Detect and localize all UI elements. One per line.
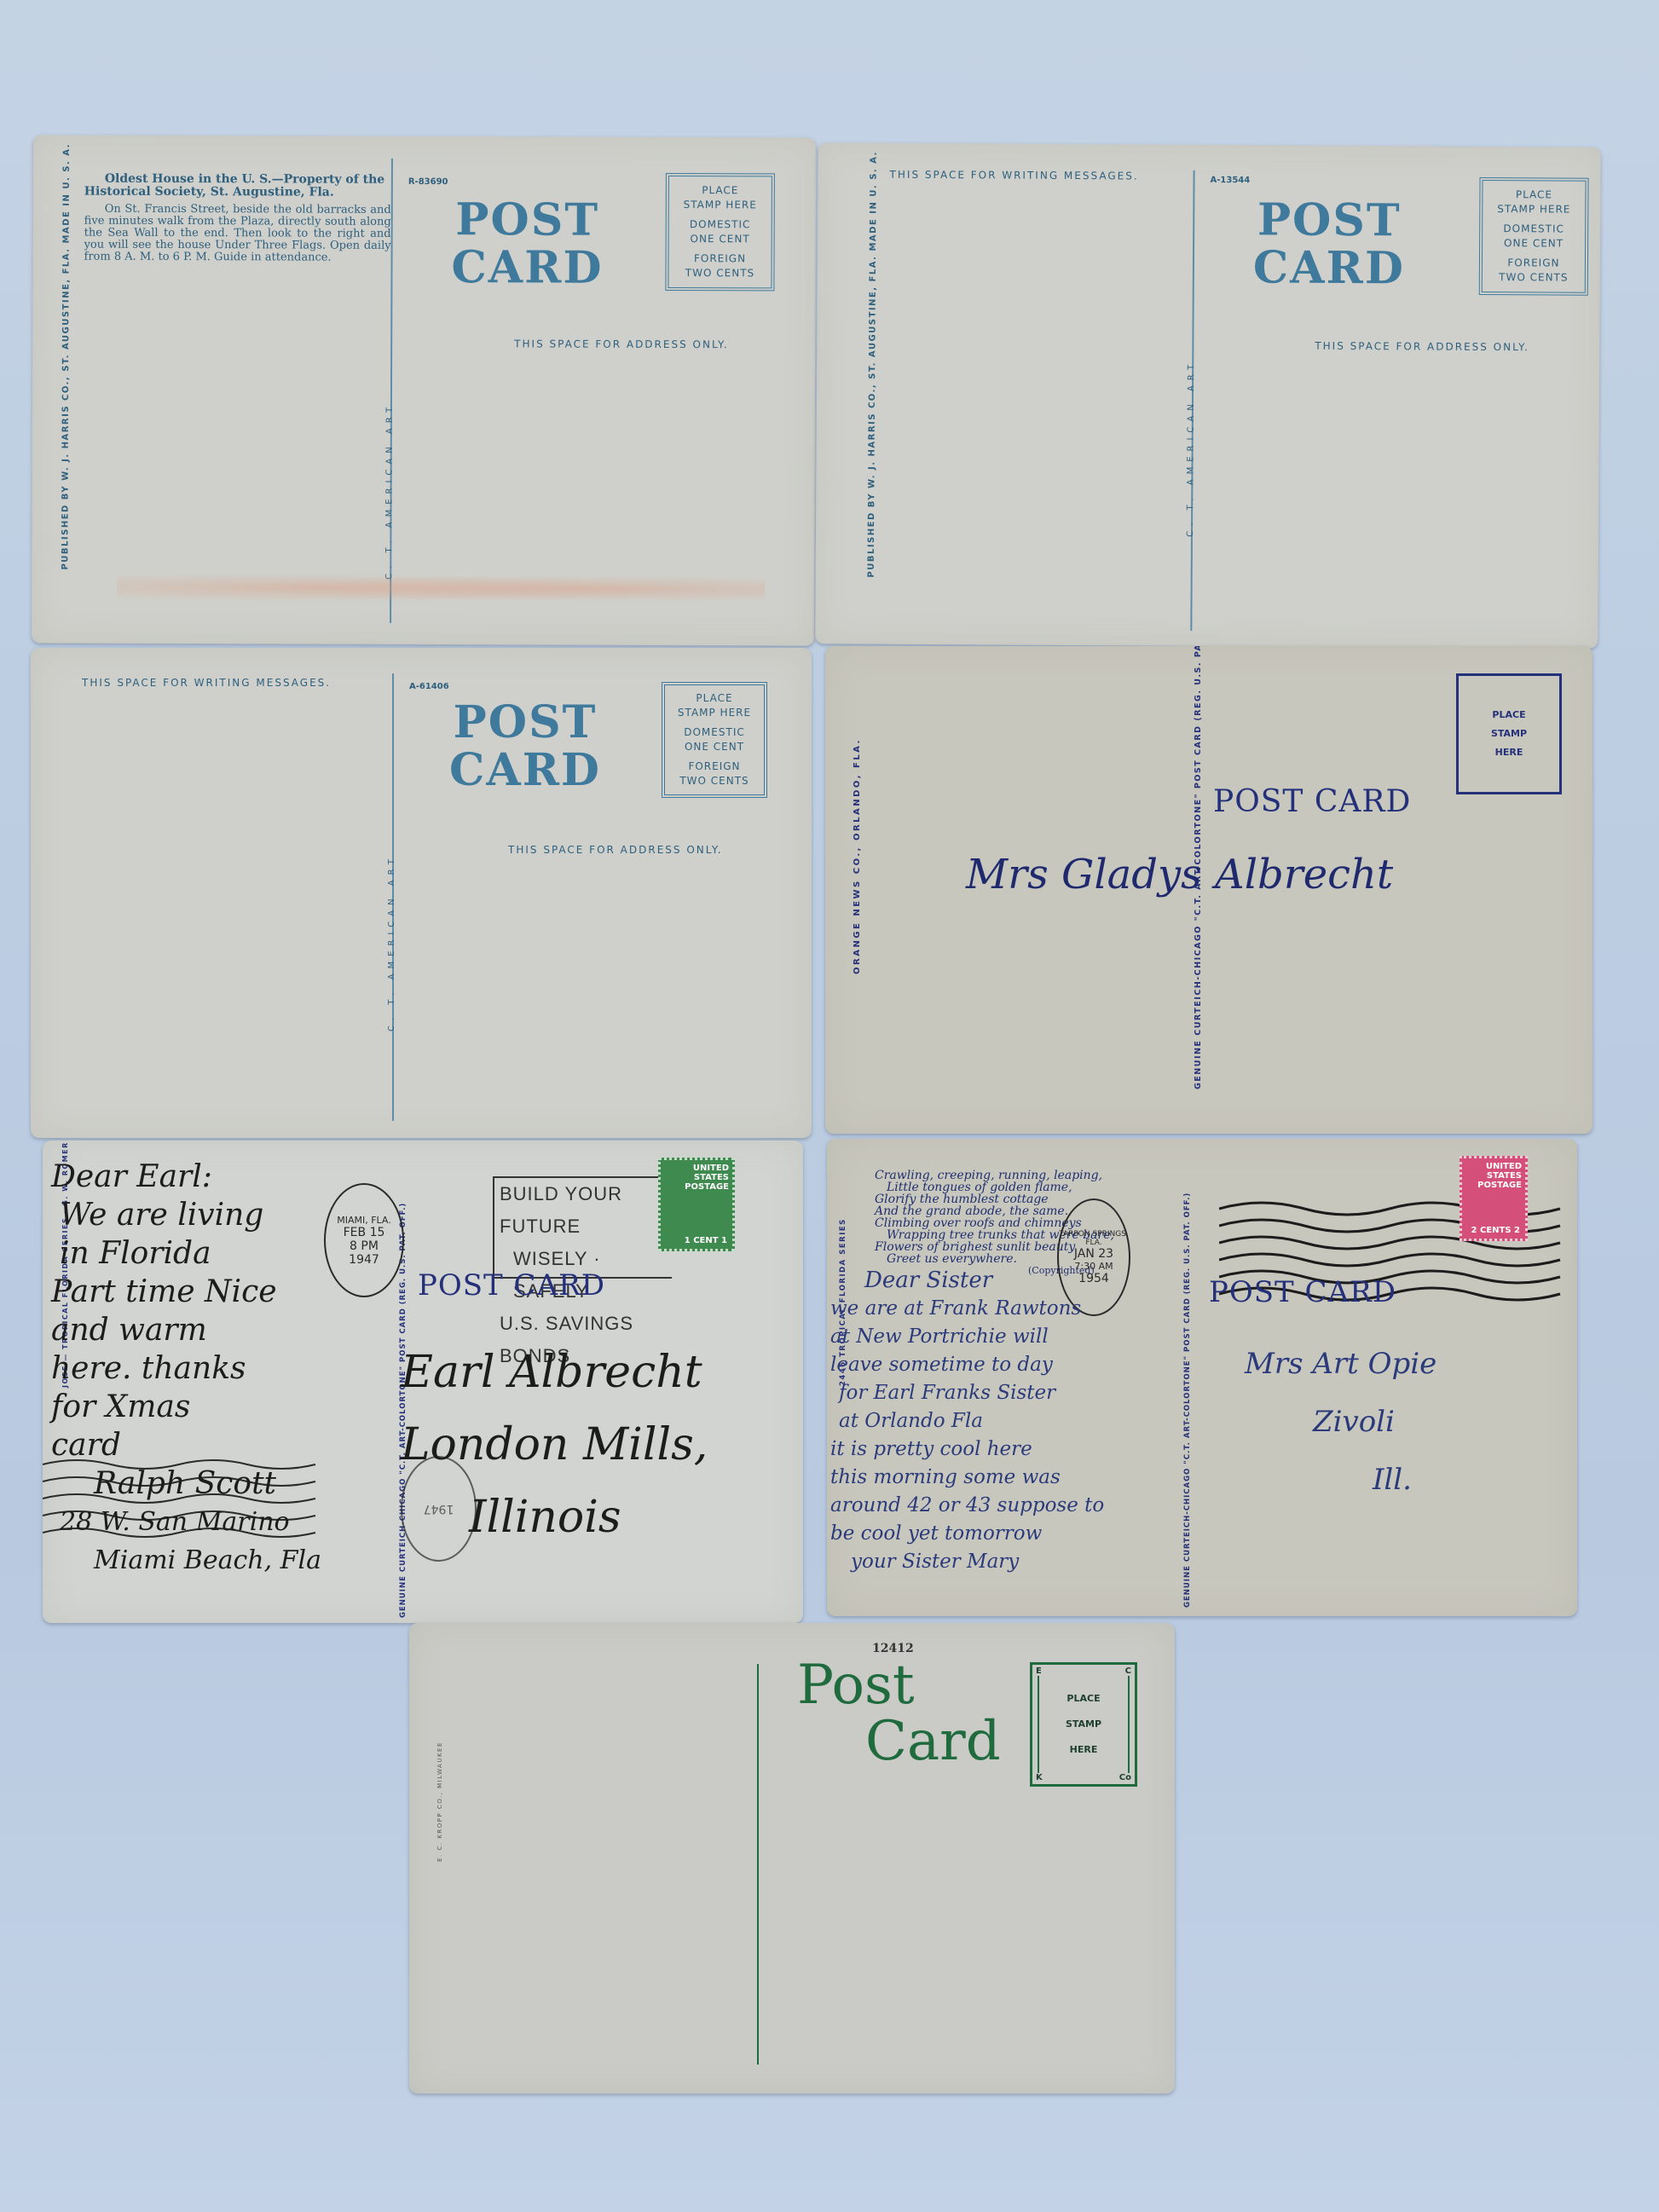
card-2-publisher: PUBLISHED BY W. J. HARRIS CO., ST. AUGUS… (867, 151, 879, 578)
card-3-address-note: THIS SPACE FOR ADDRESS ONLY. (508, 844, 723, 856)
card-4-postcard-logo: POST CARD (1213, 784, 1411, 819)
card-2-stamp-box: PLACE STAMP HERE DOMESTIC ONE CENT FOREI… (1479, 177, 1589, 296)
card-2-divider-text: C. T. AMERICAN ART (1186, 360, 1196, 537)
card-2-message-note: THIS SPACE FOR WRITING MESSAGES. (890, 169, 1139, 182)
postcard-6: Crawling, creeping, running, leaping, Li… (827, 1139, 1577, 1616)
card-5-address: Earl Albrecht London Mills, Illinois (401, 1337, 708, 1554)
card-2-address-note: THIS SPACE FOR ADDRESS ONLY. (1315, 340, 1529, 354)
postcard-3: THIS SPACE FOR WRITING MESSAGES. C. T. A… (31, 648, 812, 1138)
card-1-divider-text: C. T. AMERICAN ART (384, 402, 395, 580)
card-4-stamp-box: PLACE STAMP HERE (1456, 673, 1562, 794)
card-1-stamp-box: PLACE STAMP HERE DOMESTIC ONE CENT FOREI… (665, 173, 774, 291)
card-6-stamp: UNITED STATES POSTAGE 2 CENTS 2 (1460, 1156, 1528, 1241)
card-3-message-note: THIS SPACE FOR WRITING MESSAGES. (82, 677, 331, 689)
card-5-stamp: UNITED STATES POSTAGE 1 CENT 1 (658, 1158, 735, 1251)
card-5-postcard-logo: POST CARD (418, 1268, 605, 1302)
card-1-publisher: PUBLISHED BY W. J. HARRIS CO., ST. AUGUS… (61, 143, 72, 570)
card-7-stamp-box: E C K Co PLACE STAMP HERE (1030, 1662, 1137, 1787)
card-6-postcard-logo: POST CARD (1209, 1275, 1396, 1309)
card-6-message: Dear Sister we are at Frank Rawtons at N… (830, 1267, 1104, 1576)
card-7-divider (757, 1664, 759, 2065)
card-3-postcard-logo: POST CARD (406, 699, 645, 794)
card-4-publisher: ORANGE NEWS CO., ORLANDO, FLA. (853, 738, 862, 974)
postcard-7: 12412 Post Card E C K Co PLACE STAMP HER… (409, 1623, 1175, 2094)
card-1-stain (117, 570, 765, 607)
card-6-address: Mrs Art Opie Zivoli Ill. (1245, 1335, 1436, 1509)
card-3-stamp-box: PLACE STAMP HERE DOMESTIC ONE CENT FOREI… (662, 682, 767, 798)
card-6-divider-text: GENUINE CURTEICH-CHICAGO "C.T. ART-COLOR… (1183, 1193, 1192, 1608)
card-5-slogan-cancel: BUILD YOUR FUTURE WISELY · SAFELY U.S. S… (493, 1176, 672, 1279)
card-5-message: Dear Earl: We are living in Florida Part… (51, 1158, 321, 1580)
card-3-divider-text: C. T. AMERICAN ART (387, 854, 396, 1031)
card-2-postcard-logo: POST CARD (1210, 196, 1449, 293)
card-1-caption-body: On St. Francis Street, beside the old ba… (84, 204, 391, 264)
card-1-address-note: THIS SPACE FOR ADDRESS ONLY. (514, 338, 729, 350)
card-1-code: R-83690 (408, 177, 448, 187)
card-1-postcard-logo: POST CARD (408, 196, 646, 292)
card-2-code: A-13544 (1211, 176, 1251, 185)
postcard-1: Oldest House in the U. S.—Property of th… (32, 135, 816, 645)
postcard-5: JOSE — TROPICAL FLORIDA SERIES · G. W. R… (43, 1141, 803, 1623)
card-3-code: A-61406 (409, 682, 449, 691)
card-5-postmark: MIAMI, FLA. FEB 15 8 PM 1947 (324, 1183, 404, 1297)
card-4-address: Mrs Gladys Albrecht (966, 851, 1393, 898)
postcard-4: ORANGE NEWS CO., ORLANDO, FLA. GENUINE C… (825, 646, 1593, 1134)
card-7-postcard-logo: Post Card (797, 1657, 1001, 1770)
postcard-2: THIS SPACE FOR WRITING MESSAGES. PUBLISH… (815, 142, 1601, 649)
card-1-caption-title: Oldest House in the U. S.—Property of th… (84, 173, 391, 199)
card-7-publisher: E. C. KROPP CO., MILWAUKEE (436, 1741, 443, 1862)
